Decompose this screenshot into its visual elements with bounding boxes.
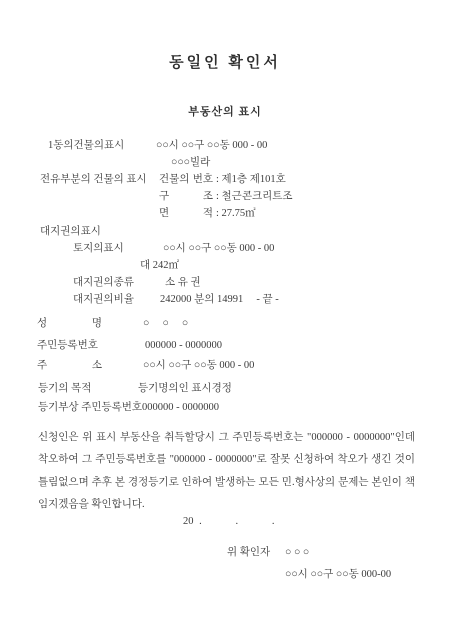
confirmer-address: ○○시 ○○구 ○○동 000-00 (285, 569, 391, 582)
building-label: 1동의건물의표시 (48, 140, 124, 153)
registry-rrn-value: 000000 - 0000000 (142, 402, 219, 415)
land-address: ○○시 ○○구 ○○동 000 - 00 (163, 243, 274, 256)
person-name-label: 성 명 (37, 318, 102, 331)
statement-paragraph: 신청인은 위 표시 부동산을 취득할당시 그 주민등록번호는 "000000 -… (38, 427, 415, 517)
land-right-ratio-value: 242000 분의 14991 - 끝 - (160, 294, 279, 307)
date-line: 20 . . . (183, 516, 275, 529)
exclusive-part-label: 전유부분의 건물의 표시 (40, 174, 147, 187)
person-rrn-label: 주민등록번호 (37, 340, 98, 353)
structure-row: 구 조: 철근콘크리트조 (159, 191, 293, 204)
building-number-row: 건물의 번호: 제1층 제101호 (159, 174, 286, 187)
confirmer-label: 위 확인자 (227, 547, 270, 560)
property-section-heading: 부동산의 표시 (0, 103, 450, 119)
registration-purpose-value: 등기명의인 표시경정 (138, 383, 232, 396)
document-page: 동일인 확인서 부동산의 표시 1동의건물의표시 ○○시 ○○구 ○○동 000… (0, 0, 450, 636)
land-right-type-value: 소 유 권 (165, 277, 201, 290)
person-rrn-value: 000000 - 0000000 (145, 340, 222, 353)
building-number-value: : 제1층 제101호 (216, 174, 286, 185)
person-address-value: ○○시 ○○구 ○○동 000 - 00 (143, 360, 254, 373)
structure-value: : 철근콘크리트조 (216, 191, 293, 202)
building-number-key: 건물의 번호 (159, 174, 213, 187)
registration-purpose-label: 등기의 목적 (38, 383, 91, 396)
structure-key: 구 조 (159, 191, 213, 204)
person-address-label: 주 소 (37, 360, 102, 373)
building-address: ○○시 ○○구 ○○동 000 - 00 (156, 140, 267, 153)
registry-rrn-label: 등기부상 주민등록번호 (38, 402, 142, 415)
land-right-type-label: 대지권의종류 (73, 277, 134, 290)
area-row: 면 적: 27.75㎡ (159, 208, 256, 221)
confirmer-name: ○ ○ ○ (285, 547, 309, 560)
person-name-value: ○ ○ ○ (143, 318, 188, 331)
document-title: 동일인 확인서 (0, 51, 450, 72)
land-area: 대 242㎡ (140, 260, 179, 273)
land-label: 토지의표시 (73, 243, 124, 256)
area-value: : 27.75㎡ (216, 208, 256, 219)
building-name: ○○○빌라 (171, 157, 210, 170)
area-key: 면 적 (159, 208, 213, 221)
land-right-section-label: 대지권의표시 (40, 226, 101, 239)
land-right-ratio-label: 대지권의비율 (73, 294, 134, 307)
